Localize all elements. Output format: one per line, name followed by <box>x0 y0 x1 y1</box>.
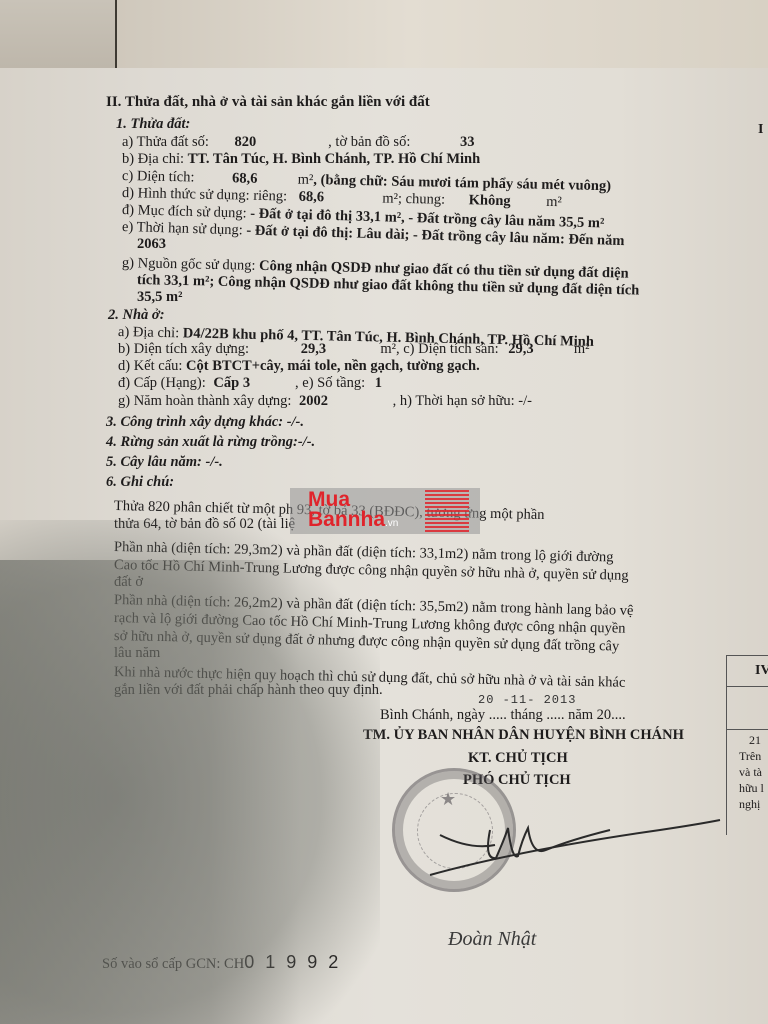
house-address-label: a) Địa chỉ: <box>118 324 180 341</box>
date-line: Bình Chánh, ngày ..... tháng ..... năm 2… <box>380 707 626 724</box>
notes-heading: 6. Ghi chú: <box>106 474 174 491</box>
note-line: đất ở <box>114 574 143 591</box>
land-address: TT. Tân Túc, H. Bình Chánh, TP. Hồ Chí M… <box>188 151 481 167</box>
address-label: b) Địa chỉ: <box>122 151 184 167</box>
adjacent-page-label: I <box>758 122 763 138</box>
area-unit: m² <box>298 172 314 188</box>
area-label: c) Diện tích: <box>122 168 195 186</box>
parcel-label: a) Thửa đất số: <box>122 134 209 150</box>
note-line: lâu năm <box>114 645 160 662</box>
grade-row: đ) Cấp (Hạng): Cấp 3 , e) Số tầng: 1 <box>118 375 382 392</box>
building-icon <box>425 490 469 532</box>
adjacent-date-fragment: 21 <box>749 733 761 748</box>
production-forest: 4. Rừng sản xuất là rừng trồng:-/-. <box>106 434 315 451</box>
watermark-text: Mua Bannha.vn <box>308 490 398 534</box>
registry-prefix: CH <box>224 956 244 972</box>
build-area: 29,3 <box>253 341 377 358</box>
build-year: 2002 <box>295 393 389 410</box>
floor-area: 29,3 <box>502 341 570 358</box>
usage-form-label: d) Hình thức sử dụng: riêng: <box>122 185 287 204</box>
registry-number: 0 1 9 9 2 <box>244 952 341 972</box>
floor-area-label: m², c) Diện tích sàn: <box>380 341 498 357</box>
origin-label: g) Nguồn gốc sử dụng: <box>122 255 256 274</box>
watermark-logo: Mua Bannha.vn <box>290 488 480 534</box>
registry-label: Số vào sổ cấp GCN: <box>102 956 220 972</box>
build-area-label: b) Diện tích xây dựng: <box>118 341 249 357</box>
watermark-line-2: Bannha <box>308 508 385 531</box>
usage-private: 68,6 <box>291 189 379 208</box>
adjacent-header-cell: IV <box>727 655 768 687</box>
land-heading: 1. Thửa đất: <box>116 116 190 133</box>
ownership-term: , h) Thời hạn sở hữu: -/- <box>393 393 532 409</box>
section-title: II. Thửa đất, nhà ở và tài sản khác gắn … <box>106 94 430 111</box>
note-line: thửa 64, tờ bản đồ số 02 (tài liệ <box>114 516 295 533</box>
perennial-trees: 5. Cây lâu năm: -/-. <box>106 454 223 471</box>
usage-shared: Không <box>449 192 511 209</box>
map-label: , tờ bản đồ số: <box>328 134 410 150</box>
parcel-number: 820 <box>213 134 325 151</box>
other-construction: 3. Công trình xây dựng khác: -/-. <box>106 414 304 431</box>
signature <box>400 790 740 910</box>
house-floors: 1 <box>369 375 382 391</box>
adjacent-empty-cell <box>727 685 768 730</box>
structure-label: d) Kết cấu: <box>118 358 182 374</box>
certificate-content: II. Thửa đất, nhà ở và tài sản khác gắn … <box>0 0 768 1024</box>
term-year: 2063 <box>137 236 166 253</box>
note-line: gắn liền với đất phải chấp hành theo quy… <box>114 682 383 699</box>
land-area: 68,6 <box>198 170 294 189</box>
address-row: b) Địa chỉ: TT. Tân Túc, H. Bình Chánh, … <box>122 151 480 168</box>
adjacent-line: và tà <box>739 765 768 780</box>
watermark-suffix: .vn <box>385 518 398 529</box>
map-number: 33 <box>414 134 475 150</box>
adjacent-line: hữu l <box>739 781 768 796</box>
adjacent-line: nghị <box>739 797 768 812</box>
registry-row: Số vào sổ cấp GCN: CH0 1 9 9 2 <box>102 954 341 973</box>
adjacent-header: IV <box>755 663 768 678</box>
signer-name: Đoàn Nhật <box>448 928 536 951</box>
grade-label: đ) Cấp (Hạng): <box>118 375 206 391</box>
house-grade: Cấp 3 <box>209 375 291 392</box>
usage-shared-unit: m² <box>514 193 562 210</box>
origin-line-3: 35,5 m² <box>137 289 182 306</box>
adjacent-line: Trên <box>739 749 768 764</box>
watermark-line-1: Mua <box>308 490 398 510</box>
house-structure: Cột BTCT+cây, mái tole, nền gạch, tường … <box>186 358 480 374</box>
parcel-row: a) Thửa đất số: 820 , tờ bản đồ số: 33 <box>122 134 474 151</box>
house-heading: 2. Nhà ở: <box>108 307 165 324</box>
year-row: g) Năm hoàn thành xây dựng: 2002 , h) Th… <box>118 393 532 410</box>
usage-shared-label: m²; chung: <box>382 190 445 207</box>
floor-area-unit: m² <box>574 341 590 357</box>
issuing-authority: TM. ỦY BAN NHÂN DÂN HUYỆN BÌNH CHÁNH <box>363 727 684 744</box>
stamped-date: 20 -11- 2013 <box>478 693 576 707</box>
on-behalf-title: KT. CHỦ TỊCH <box>468 750 568 767</box>
year-label: g) Năm hoàn thành xây dựng: <box>118 393 291 409</box>
adjacent-page-table: IV 21 Trên và tà hữu l nghị <box>726 655 768 835</box>
house-area-row: b) Diện tích xây dựng: 29,3 m², c) Diện … <box>118 341 590 358</box>
structure-row: d) Kết cấu: Cột BTCT+cây, mái tole, nền … <box>118 358 480 375</box>
floors-label: , e) Số tầng: <box>295 375 365 391</box>
